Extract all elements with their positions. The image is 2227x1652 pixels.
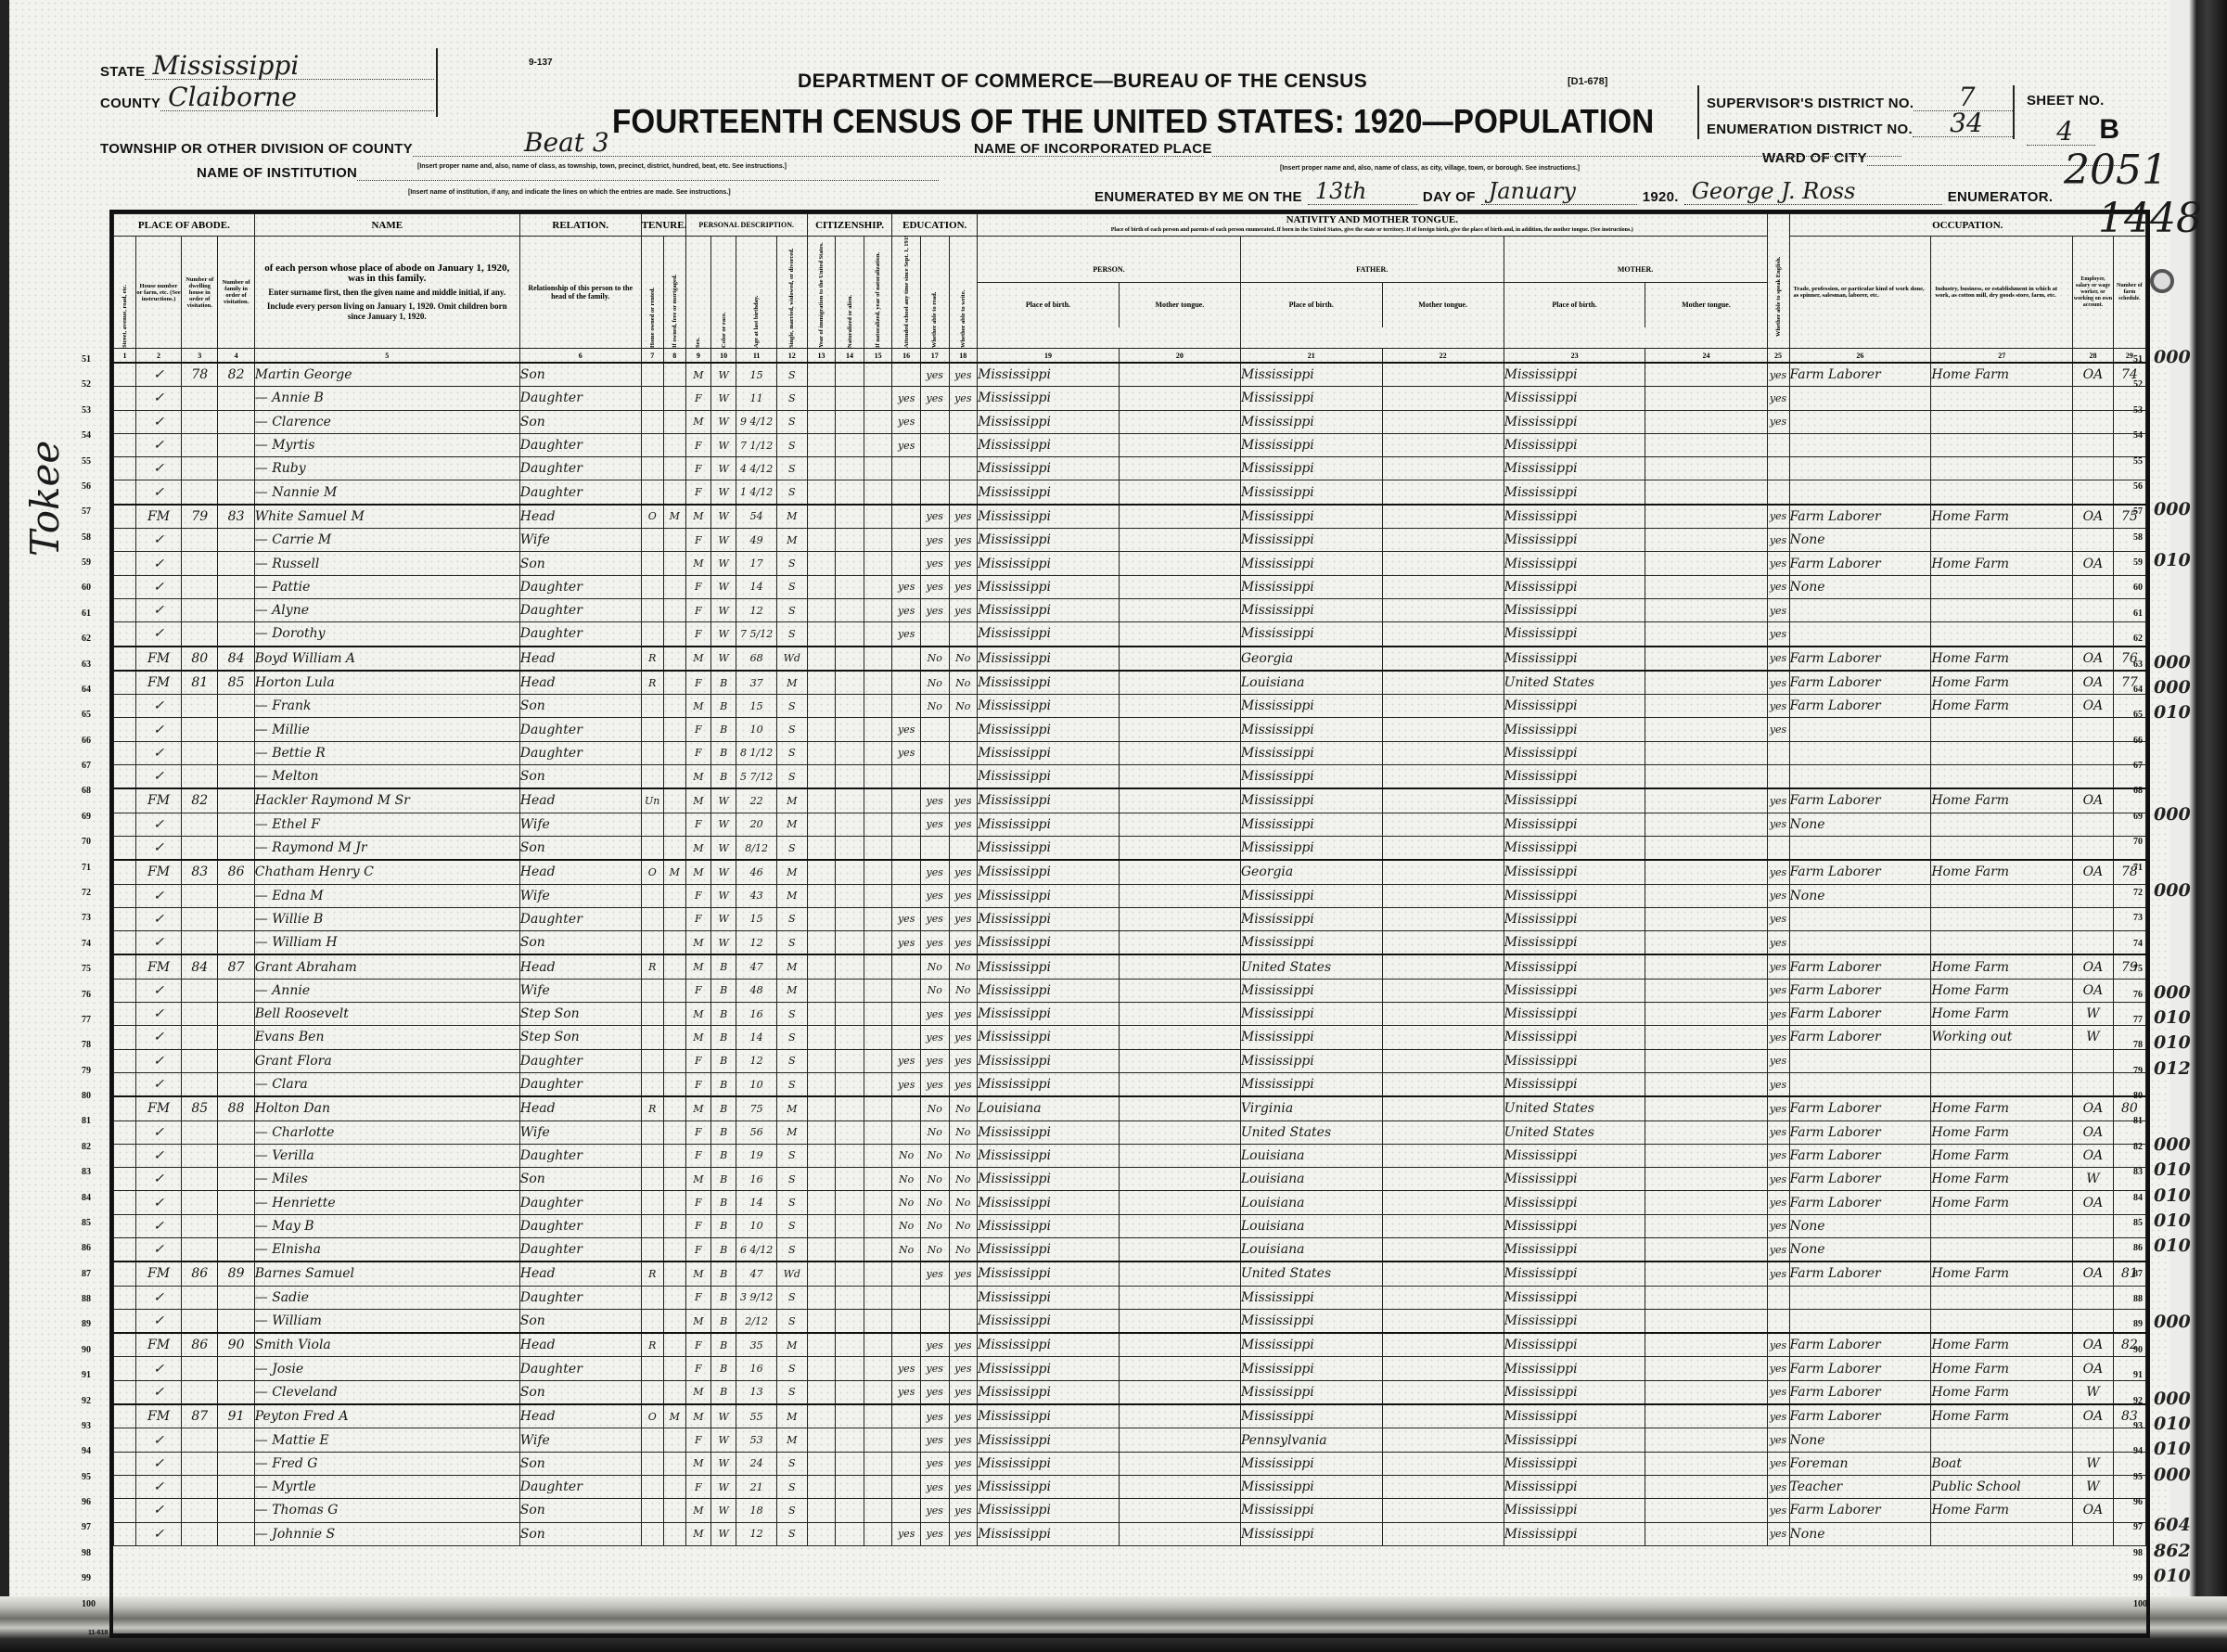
mother-tongue xyxy=(1119,1286,1240,1309)
table-row: ✓— Willie BDaughterFW15SyesyesyesMississ… xyxy=(114,907,2146,930)
immigration-year xyxy=(807,552,836,575)
mortgage xyxy=(663,1168,685,1191)
industry xyxy=(1931,741,2073,764)
able-to-write: yes xyxy=(949,387,978,410)
family-number xyxy=(218,884,254,907)
birthplace: Mississippi xyxy=(978,954,1120,979)
naturalization-year xyxy=(864,788,892,813)
able-to-write: No xyxy=(949,1121,978,1144)
institution-note: [Insert name of institution, if any, and… xyxy=(408,189,731,196)
dwelling-number xyxy=(182,813,218,836)
attended-school xyxy=(892,671,921,695)
speaks-english: yes xyxy=(1767,647,1789,671)
father-mother-tongue xyxy=(1382,1144,1504,1167)
industry xyxy=(1931,1309,2073,1333)
birthplace: Mississippi xyxy=(978,480,1120,505)
enumerator-label: ENUMERATOR. xyxy=(1948,189,2054,205)
father-birthplace: Louisiana xyxy=(1240,671,1382,695)
father-mother-tongue xyxy=(1382,529,1504,552)
line-number-right: 91 xyxy=(2133,1370,2143,1380)
race: B xyxy=(711,1144,736,1167)
mother-birthplace: Mississippi xyxy=(1504,954,1645,979)
attended-school xyxy=(892,813,921,836)
house-number: ✓ xyxy=(136,410,182,433)
father-birthplace: Louisiana xyxy=(1240,1214,1382,1237)
able-to-read xyxy=(920,1309,949,1333)
naturalized xyxy=(836,647,864,671)
marital-status: S xyxy=(776,1191,807,1214)
worker-class xyxy=(2073,931,2114,955)
column-number: 11 xyxy=(736,349,777,364)
mother-mother-tongue xyxy=(1645,1286,1767,1309)
line-number: 58 xyxy=(82,532,91,543)
father-mother-tongue xyxy=(1382,433,1504,456)
mother-birthplace: Mississippi xyxy=(1504,1168,1645,1191)
sex: M xyxy=(685,836,710,860)
worker-class: W xyxy=(2073,1475,2114,1498)
naturalization-year xyxy=(864,1333,892,1357)
immigration-year xyxy=(807,954,836,979)
mother-header: MOTHER. Place of birth. Mother tongue. xyxy=(1504,237,1767,349)
able-to-write: yes xyxy=(949,813,978,836)
mother-birthplace: Mississippi xyxy=(1504,813,1645,836)
able-to-write: No xyxy=(949,647,978,671)
house-number: FM xyxy=(136,1096,182,1121)
immigration-year xyxy=(807,363,836,387)
ed-row: ENUMERATION DISTRICT NO. 34 xyxy=(1707,111,2013,137)
relation: Son xyxy=(519,1452,641,1475)
attended-school xyxy=(892,979,921,1002)
col-11-label: Age at last birthday. xyxy=(753,237,760,348)
mortgage xyxy=(663,552,685,575)
attended-school: yes xyxy=(892,433,921,456)
immigration-year xyxy=(807,622,836,647)
state-row: STATE Mississippi xyxy=(100,48,434,80)
street xyxy=(114,884,136,907)
marital-status: M xyxy=(776,884,807,907)
relation: Head xyxy=(519,1333,641,1357)
mother-tongue xyxy=(1119,1452,1240,1475)
person-name: Barnes Samuel xyxy=(254,1261,519,1286)
sex: F xyxy=(685,1049,710,1072)
industry: Public School xyxy=(1931,1475,2073,1498)
line-number: 79 xyxy=(82,1066,91,1076)
dwelling-number xyxy=(182,1214,218,1237)
sex: F xyxy=(685,622,710,647)
sheet-side: B xyxy=(2099,114,2119,146)
attended-school: yes xyxy=(892,410,921,433)
mother-mother-tongue xyxy=(1645,741,1767,764)
street xyxy=(114,505,136,529)
mother-tongue xyxy=(1119,622,1240,647)
naturalized xyxy=(836,860,864,884)
dwelling-number xyxy=(182,765,218,789)
line-number: 93 xyxy=(82,1421,91,1431)
age: 46 xyxy=(736,860,777,884)
naturalization-year xyxy=(864,1072,892,1096)
trade: Farm Laborer xyxy=(1789,860,1931,884)
father-mother-tongue xyxy=(1382,1121,1504,1144)
house-number: ✓ xyxy=(136,363,182,387)
col-25-header: Whether able to speak English. xyxy=(1767,214,1789,349)
naturalization-year xyxy=(864,979,892,1002)
marital-status: S xyxy=(776,695,807,718)
father-mother-tongue xyxy=(1382,1237,1504,1261)
trade xyxy=(1789,480,1931,505)
able-to-read: No xyxy=(920,1237,949,1261)
occupation-code: 010 xyxy=(2154,1210,2227,1231)
able-to-read: yes xyxy=(920,813,949,836)
father-mother-tongue xyxy=(1382,1428,1504,1452)
trade xyxy=(1789,410,1931,433)
enumerated-label: ENUMERATED BY ME ON THE xyxy=(1094,189,1302,205)
column-number: 19 xyxy=(978,349,1120,364)
naturalization-year xyxy=(864,363,892,387)
house-number: ✓ xyxy=(136,387,182,410)
age: 14 xyxy=(736,1191,777,1214)
relation: Wife xyxy=(519,1428,641,1452)
street xyxy=(114,1309,136,1333)
father-mother-tongue xyxy=(1382,979,1504,1002)
age: 12 xyxy=(736,1522,777,1545)
incorporated-label: NAME OF INCORPORATED PLACE xyxy=(974,141,1212,157)
column-number: 21 xyxy=(1240,349,1382,364)
trade: None xyxy=(1789,1522,1931,1545)
line-number-right: 90 xyxy=(2133,1345,2143,1355)
father-mother-tongue xyxy=(1382,671,1504,695)
speaks-english: yes xyxy=(1767,954,1789,979)
father-mother-tongue xyxy=(1382,1261,1504,1286)
sex: M xyxy=(685,788,710,813)
street xyxy=(114,387,136,410)
attended-school xyxy=(892,836,921,860)
mother-tongue xyxy=(1119,433,1240,456)
mother-birthplace: Mississippi xyxy=(1504,884,1645,907)
mother-tongue xyxy=(1119,1357,1240,1380)
marital-status: S xyxy=(776,718,807,741)
age: 6 4/12 xyxy=(736,1237,777,1261)
home-owned xyxy=(641,598,663,621)
line-number: 87 xyxy=(82,1269,91,1279)
street xyxy=(114,457,136,480)
father-mother-tongue xyxy=(1382,1522,1504,1545)
able-to-read: yes xyxy=(920,907,949,930)
person-name: — Cleveland xyxy=(254,1380,519,1404)
marital-status: M xyxy=(776,529,807,552)
person-name: — Carrie M xyxy=(254,529,519,552)
father-birthplace: Mississippi xyxy=(1240,741,1382,764)
house-number: ✓ xyxy=(136,1026,182,1049)
trade: None xyxy=(1789,1214,1931,1237)
line-number: 86 xyxy=(82,1243,91,1253)
col-17-label: Whether able to read. xyxy=(931,237,938,348)
col-8-header: If owned, free or mortgaged. xyxy=(663,237,685,349)
dwelling-number: 78 xyxy=(182,363,218,387)
immigration-year xyxy=(807,598,836,621)
able-to-read: No xyxy=(920,979,949,1002)
speaks-english: yes xyxy=(1767,1499,1789,1522)
occupation-code: 000 xyxy=(2154,1312,2227,1332)
race: B xyxy=(711,1026,736,1049)
state-label: STATE xyxy=(100,64,145,80)
speaks-english: yes xyxy=(1767,1096,1789,1121)
sex: F xyxy=(685,457,710,480)
mother-tongue xyxy=(1119,931,1240,955)
immigration-year xyxy=(807,1404,836,1428)
mother-mother-tongue xyxy=(1645,884,1767,907)
table-row: ✓— Mattie EWifeFW53MyesyesMississippiPen… xyxy=(114,1428,2146,1452)
immigration-year xyxy=(807,1452,836,1475)
father-mother-tongue xyxy=(1382,884,1504,907)
column-number: 22 xyxy=(1382,349,1504,364)
relation: Daughter xyxy=(519,1144,641,1167)
street xyxy=(114,1452,136,1475)
mother-birthplace: Mississippi xyxy=(1504,505,1645,529)
family-number xyxy=(218,718,254,741)
naturalization-year xyxy=(864,505,892,529)
table-row: ✓— Ethel FWifeFW20MyesyesMississippiMiss… xyxy=(114,813,2146,836)
attended-school xyxy=(892,1026,921,1049)
birthplace: Mississippi xyxy=(978,410,1120,433)
table-row: ✓— Carrie MWifeFW49MyesyesMississippiMis… xyxy=(114,529,2146,552)
father-birthplace: Mississippi xyxy=(1240,1357,1382,1380)
father-birthplace: Mississippi xyxy=(1240,907,1382,930)
industry xyxy=(1931,931,2073,955)
table-row: ✓— Bettie RDaughterFB8 1/12SyesMississip… xyxy=(114,741,2146,764)
mother-birthplace: Mississippi xyxy=(1504,695,1645,718)
line-number: 69 xyxy=(82,812,91,822)
race: W xyxy=(711,788,736,813)
birthplace: Mississippi xyxy=(978,1286,1120,1309)
street xyxy=(114,480,136,505)
relation: Daughter xyxy=(519,1237,641,1261)
sex: M xyxy=(685,1309,710,1333)
relation: Head xyxy=(519,1096,641,1121)
home-owned xyxy=(641,1237,663,1261)
naturalization-year xyxy=(864,1404,892,1428)
worker-class: OA xyxy=(2073,1404,2114,1428)
mother-mother-tongue xyxy=(1645,1475,1767,1498)
mother-birthplace: Mississippi xyxy=(1504,1357,1645,1380)
able-to-write xyxy=(949,1286,978,1309)
immigration-year xyxy=(807,1168,836,1191)
year-label: 1920. xyxy=(1643,189,1679,205)
person-name: — Ethel F xyxy=(254,813,519,836)
department-line: DEPARTMENT OF COMMERCE—BUREAU OF THE CEN… xyxy=(798,70,1367,93)
relation: Daughter xyxy=(519,1049,641,1072)
mother-mother-tongue xyxy=(1645,387,1767,410)
mother-birthplace: Mississippi xyxy=(1504,1452,1645,1475)
col-5-b: Enter surname first, then the given name… xyxy=(261,288,514,298)
line-number-right: 55 xyxy=(2133,456,2143,467)
sex: F xyxy=(685,1214,710,1237)
speaks-english: yes xyxy=(1767,552,1789,575)
sex: M xyxy=(685,1380,710,1404)
able-to-read: yes xyxy=(920,575,949,598)
worker-class: OA xyxy=(2073,954,2114,979)
father-birthplace: United States xyxy=(1240,1261,1382,1286)
mother-title: MOTHER. xyxy=(1504,258,1767,283)
mother-mother-tongue xyxy=(1645,1191,1767,1214)
township-label: TOWNSHIP OR OTHER DIVISION OF COUNTY xyxy=(100,141,413,157)
speaks-english: yes xyxy=(1767,1144,1789,1167)
industry: Home Farm xyxy=(1931,1191,2073,1214)
attended-school xyxy=(892,1003,921,1026)
line-number-right: 76 xyxy=(2133,990,2143,1000)
occupation-code: 000 xyxy=(2154,880,2227,901)
occupation-code: 010 xyxy=(2154,1185,2227,1206)
mother-birthplace: Mississippi xyxy=(1504,931,1645,955)
mother-mother-tongue xyxy=(1645,1121,1767,1144)
line-number: 97 xyxy=(82,1522,91,1532)
group-education: EDUCATION. xyxy=(892,214,978,237)
birthplace: Mississippi xyxy=(978,1499,1120,1522)
naturalization-year xyxy=(864,1522,892,1545)
dwelling-number: 83 xyxy=(182,860,218,884)
industry xyxy=(1931,433,2073,456)
father-birthplace: Mississippi xyxy=(1240,575,1382,598)
sex: M xyxy=(685,1499,710,1522)
home-owned xyxy=(641,1026,663,1049)
father-birthplace: Mississippi xyxy=(1240,505,1382,529)
line-number: 99 xyxy=(82,1573,91,1583)
table-row: FM8185Horton LulaHeadRFB37MNoNoMississip… xyxy=(114,671,2146,695)
relation: Head xyxy=(519,647,641,671)
house-number: ✓ xyxy=(136,1121,182,1144)
race: W xyxy=(711,457,736,480)
industry xyxy=(1931,529,2073,552)
trade: None xyxy=(1789,529,1931,552)
line-number: 61 xyxy=(82,608,91,619)
home-owned xyxy=(641,1214,663,1237)
attended-school: yes xyxy=(892,622,921,647)
marital-status: S xyxy=(776,765,807,789)
dwelling-number xyxy=(182,979,218,1002)
industry: Home Farm xyxy=(1931,1144,2073,1167)
group-tenure: TENURE. xyxy=(641,214,685,237)
group-name: NAME xyxy=(254,214,519,237)
mortgage xyxy=(663,1121,685,1144)
mother-tongue xyxy=(1119,1144,1240,1167)
street xyxy=(114,1286,136,1309)
mortgage xyxy=(663,1026,685,1049)
speaks-english: yes xyxy=(1767,695,1789,718)
speaks-english xyxy=(1767,433,1789,456)
able-to-read: yes xyxy=(920,1404,949,1428)
industry: Home Farm xyxy=(1931,1096,2073,1121)
family-number xyxy=(218,529,254,552)
sex: F xyxy=(685,433,710,456)
naturalized xyxy=(836,1475,864,1498)
birthplace: Mississippi xyxy=(978,363,1120,387)
age: 68 xyxy=(736,647,777,671)
relation: Step Son xyxy=(519,1003,641,1026)
able-to-read xyxy=(920,1286,949,1309)
able-to-read xyxy=(920,480,949,505)
marital-status: M xyxy=(776,1121,807,1144)
relation: Daughter xyxy=(519,598,641,621)
person-name: Holton Dan xyxy=(254,1096,519,1121)
street xyxy=(114,765,136,789)
home-owned xyxy=(641,1003,663,1026)
race: W xyxy=(711,1522,736,1545)
margin-number-2051: 2051 xyxy=(2064,147,2168,194)
naturalization-year xyxy=(864,1475,892,1498)
naturalization-year xyxy=(864,1049,892,1072)
table-row: ✓— May BDaughterFB10SNoNoNoMississippiLo… xyxy=(114,1214,2146,1237)
speaks-english: yes xyxy=(1767,1003,1789,1026)
marital-status: S xyxy=(776,622,807,647)
mother-tongue xyxy=(1119,1261,1240,1286)
attended-school xyxy=(892,552,921,575)
occupation-code: 000 xyxy=(2154,804,2227,825)
race: B xyxy=(711,1261,736,1286)
dwelling-number xyxy=(182,457,218,480)
birthplace: Mississippi xyxy=(978,1261,1120,1286)
worker-class: OA xyxy=(2073,1333,2114,1357)
street xyxy=(114,1380,136,1404)
naturalized xyxy=(836,671,864,695)
able-to-read xyxy=(920,741,949,764)
house-number: FM xyxy=(136,1404,182,1428)
dwelling-number xyxy=(182,1357,218,1380)
street xyxy=(114,1499,136,1522)
line-number-right: 81 xyxy=(2133,1116,2143,1126)
age: 8 1/12 xyxy=(736,741,777,764)
race: B xyxy=(711,765,736,789)
father-birthplace: Mississippi xyxy=(1240,1026,1382,1049)
able-to-read: No xyxy=(920,695,949,718)
attended-school xyxy=(892,363,921,387)
mother-birthplace: Mississippi xyxy=(1504,1261,1645,1286)
occupation-code: 000 xyxy=(2154,677,2227,698)
naturalized xyxy=(836,433,864,456)
line-number: 72 xyxy=(82,888,91,898)
dwelling-number xyxy=(182,1168,218,1191)
attended-school xyxy=(892,860,921,884)
home-owned xyxy=(641,1522,663,1545)
industry xyxy=(1931,480,2073,505)
home-owned xyxy=(641,765,663,789)
able-to-write: yes xyxy=(949,1049,978,1072)
marital-status: S xyxy=(776,1144,807,1167)
naturalized xyxy=(836,1452,864,1475)
naturalization-year xyxy=(864,860,892,884)
industry xyxy=(1931,1072,2073,1096)
street xyxy=(114,529,136,552)
table-row: ✓Evans BenStep SonMB14SyesyesMississippi… xyxy=(114,1026,2146,1049)
col-5-a: of each person whose place of abode on J… xyxy=(261,263,514,284)
race: W xyxy=(711,931,736,955)
father-birthplace: Mississippi xyxy=(1240,718,1382,741)
worker-class: OA xyxy=(2073,1096,2114,1121)
mother-birthplace: Mississippi xyxy=(1504,387,1645,410)
race: B xyxy=(711,671,736,695)
mother-birthplace: Mississippi xyxy=(1504,741,1645,764)
able-to-read xyxy=(920,433,949,456)
table-row: ✓— MillieDaughterFB10SyesMississippiMiss… xyxy=(114,718,2146,741)
industry: Home Farm xyxy=(1931,860,2073,884)
table-row: ✓— ClarenceSonMW9 4/12SyesMississippiMis… xyxy=(114,410,2146,433)
table-row: FM8386Chatham Henry CHeadOMMW46MyesyesMi… xyxy=(114,860,2146,884)
house-number: ✓ xyxy=(136,1237,182,1261)
column-number: 17 xyxy=(920,349,949,364)
mortgage xyxy=(663,1309,685,1333)
mother-mother-tongue xyxy=(1645,788,1767,813)
worker-class xyxy=(2073,1237,2114,1261)
able-to-read: yes xyxy=(920,505,949,529)
father-birthplace: Mississippi xyxy=(1240,1333,1382,1357)
